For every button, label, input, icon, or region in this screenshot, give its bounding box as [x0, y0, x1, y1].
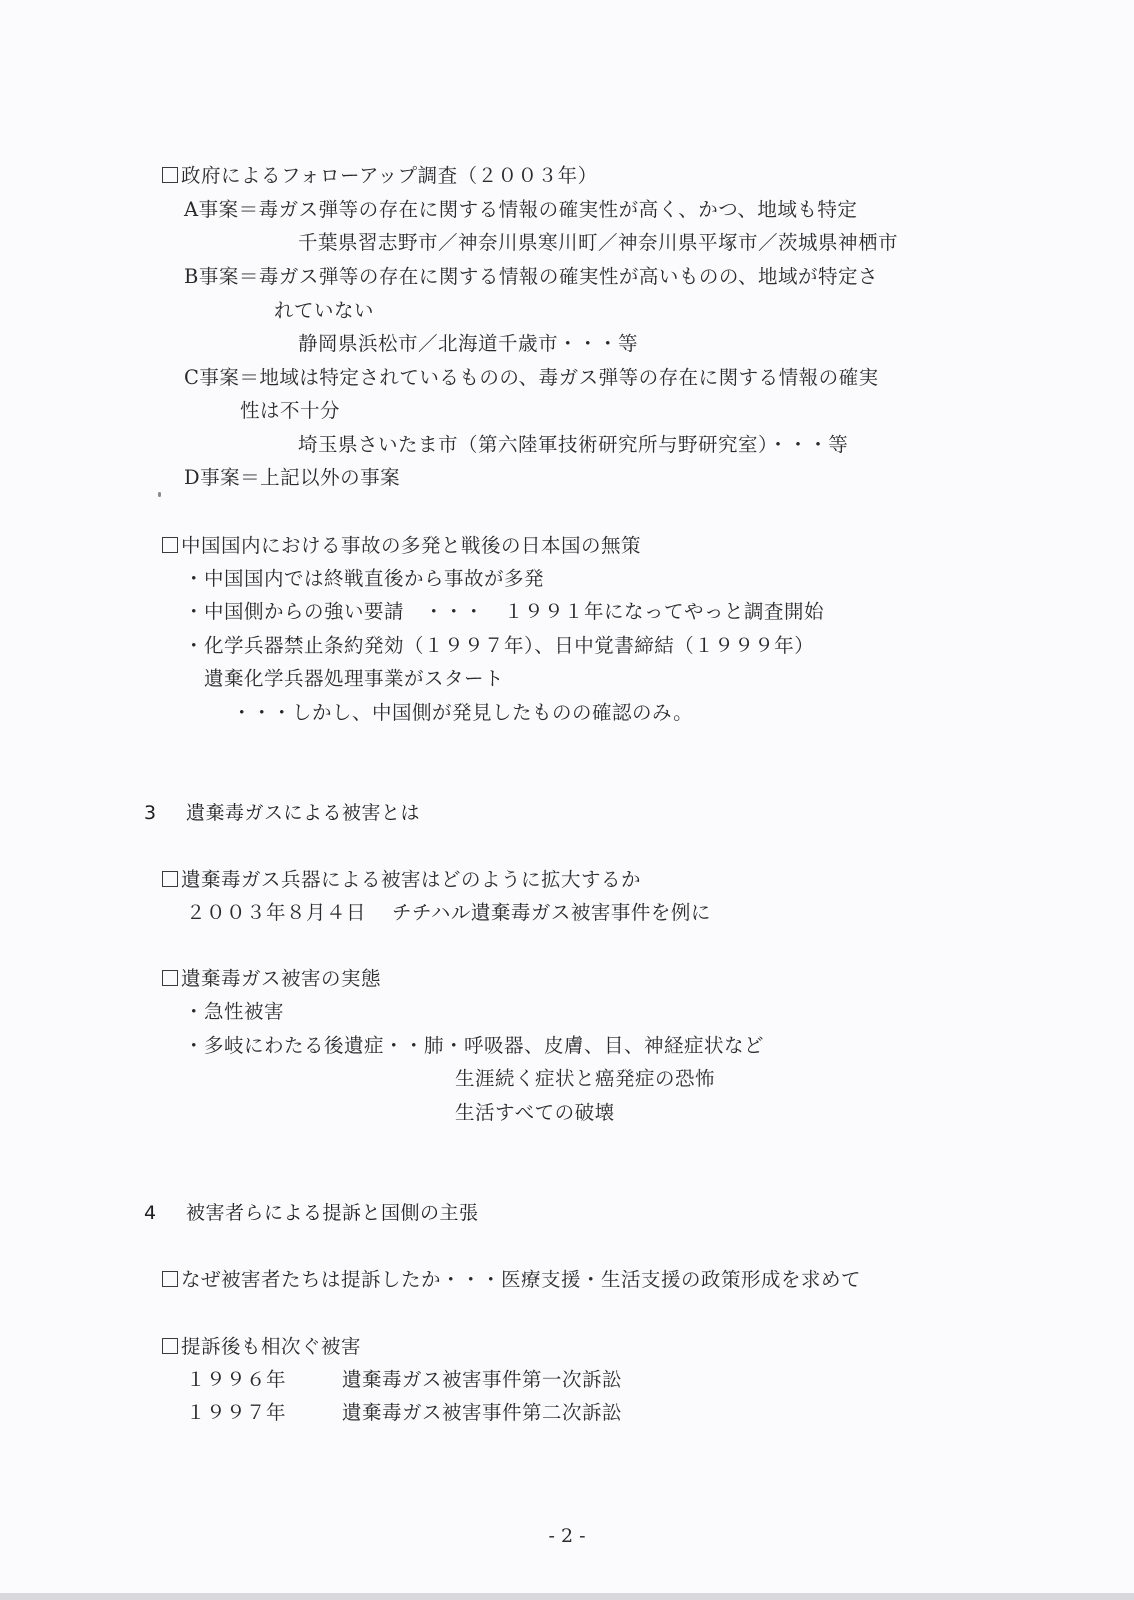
lawsuit-text: 遺棄毒ガス被害事件第二次訴訟 — [342, 1401, 622, 1424]
spread-heading: 遺棄毒ガス兵器による被害はどのように拡大するか — [162, 867, 641, 893]
section-number: 3 — [144, 800, 186, 826]
checkbox-square-icon — [162, 970, 178, 986]
lawsuit-year: １９９６年 — [186, 1367, 342, 1393]
section-title: 遺棄毒ガスによる被害とは — [186, 802, 420, 824]
checkbox-square-icon — [162, 537, 178, 553]
scan-speck — [158, 492, 161, 497]
section-number: 4 — [144, 1200, 186, 1226]
checkbox-square-icon — [162, 167, 178, 183]
section-3-heading: 3遺棄毒ガスによる被害とは — [144, 800, 420, 826]
document-page: 政府によるフォローアップ調査（２００３年） A事案＝毒ガス弾等の存在に関する情報… — [0, 0, 1134, 1600]
case-c-label: C事案＝地域は特定されているものの、毒ガス弾等の存在に関する情報の確実 — [184, 365, 879, 391]
case-a-label: A事案＝毒ガス弾等の存在に関する情報の確実性が高く、かつ、地域も特定 — [184, 197, 857, 223]
case-a-examples: 千葉県習志野市／神奈川県寒川町／神奈川県平塚市／茨城県神栖市 — [298, 230, 898, 256]
checkbox-square-icon — [162, 1271, 178, 1287]
accidents-bullet-1: ・中国国内では終戦直後から事故が多発 — [184, 566, 544, 592]
survey-heading: 政府によるフォローアップ調査（２００３年） — [162, 163, 598, 189]
lawsuit-year: １９９７年 — [186, 1400, 342, 1426]
reality-cont-2: 生活すべての破壊 — [455, 1100, 615, 1126]
reality-bullet-2: ・多岐にわたる後遺症・・肺・呼吸器、皮膚、目、神経症状など — [184, 1033, 764, 1059]
why-sued: なぜ被害者たちは提訴したか・・・医療支援・生活支援の政策形成を求めて — [162, 1267, 861, 1293]
accidents-heading: 中国国内における事故の多発と戦後の日本国の無策 — [162, 533, 641, 559]
case-c-examples: 埼玉県さいたま市（第六陸軍技術研究所与野研究室）・・・等 — [298, 432, 848, 458]
lawsuit-row: １９９７年遺棄毒ガス被害事件第二次訴訟 — [186, 1400, 622, 1426]
lawsuit-row: １９９６年遺棄毒ガス被害事件第一次訴訟 — [186, 1367, 622, 1393]
reality-cont-1: 生涯続く症状と癌発症の恐怖 — [455, 1066, 715, 1092]
reality-bullet-1: ・急性被害 — [184, 999, 284, 1025]
after-heading: 提訴後も相次ぐ被害 — [162, 1334, 361, 1360]
accidents-bullet-2: ・中国側からの強い要請 ・・・ １９９１年になってやっと調査開始 — [184, 599, 824, 625]
accidents-cont-1: 遺棄化学兵器処理事業がスタート — [204, 666, 504, 692]
checkbox-square-icon — [162, 871, 178, 887]
accidents-bullet-3: ・化学兵器禁止条約発効（１９９７年）、日中覚書締結（１９９９年） — [184, 633, 814, 659]
scan-edge — [0, 1593, 1134, 1600]
incident-text: チチハル遺棄毒ガス被害事件を例に — [392, 901, 711, 924]
spread-example: ２００３年８月４日チチハル遺棄毒ガス被害事件を例に — [186, 900, 711, 926]
reality-heading: 遺棄毒ガス被害の実態 — [162, 966, 381, 992]
accidents-cont-2: ・・・しかし、中国側が発見したものの確認のみ。 — [232, 700, 693, 726]
lawsuit-text: 遺棄毒ガス被害事件第一次訴訟 — [342, 1368, 622, 1391]
incident-date: ２００３年８月４日 — [186, 901, 366, 924]
case-b-cont: れていない — [274, 298, 374, 324]
page-number: - 2 - — [0, 1525, 1134, 1547]
case-b-examples: 静岡県浜松市／北海道千歳市・・・等 — [298, 331, 638, 357]
case-c-cont: 性は不十分 — [240, 398, 340, 424]
case-b-label: B事案＝毒ガス弾等の存在に関する情報の確実性が高いものの、地域が特定さ — [184, 264, 878, 290]
case-d-label: D事案＝上記以外の事案 — [184, 465, 400, 491]
section-4-heading: 4被害者らによる提訴と国側の主張 — [144, 1200, 479, 1226]
section-title: 被害者らによる提訴と国側の主張 — [186, 1202, 479, 1224]
checkbox-square-icon — [162, 1338, 178, 1354]
